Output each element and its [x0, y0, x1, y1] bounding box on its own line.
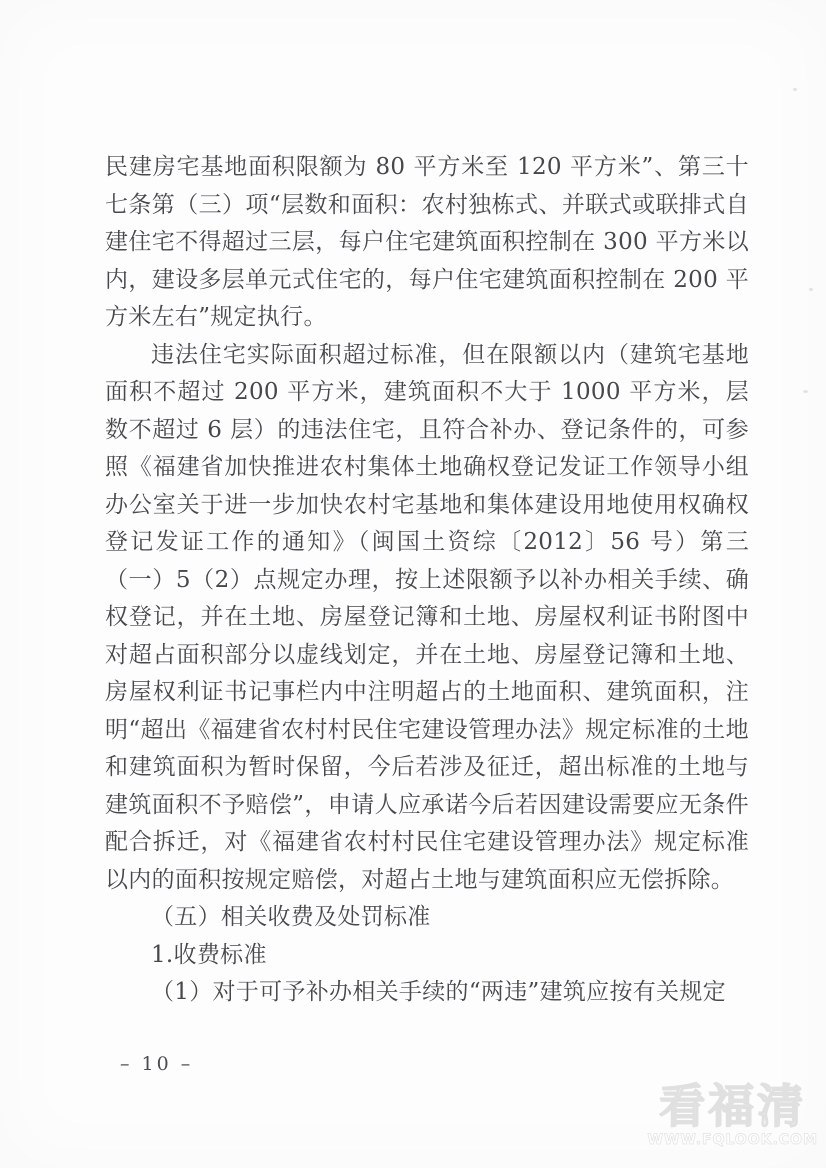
subsection-heading-fee-standard: 1.收费标准 — [105, 937, 749, 975]
body-paragraph: （1）对于可予补办相关手续的“两违”建筑应按有关规定 — [105, 974, 749, 1012]
scan-speck — [803, 390, 808, 393]
section-heading-fees-and-penalties: （五）相关收费及处罚标准 — [105, 899, 749, 937]
watermark-logo-text: 看福清 — [648, 1082, 818, 1130]
document-body: 民建房宅基地面积限额为 80 平方米至 120 平方米”、第三十七条第（三）项“… — [105, 149, 749, 1012]
body-paragraph: 民建房宅基地面积限额为 80 平方米至 120 平方米”、第三十七条第（三）项“… — [105, 149, 749, 337]
page-number: – 10 – — [120, 1053, 193, 1075]
scan-speck — [793, 88, 797, 91]
watermark: 看福清 WWW.FQLOOK.COM — [648, 1082, 818, 1148]
scan-speck — [809, 288, 813, 291]
scanned-document-page: 民建房宅基地面积限额为 80 平方米至 120 平方米”、第三十七条第（三）项“… — [0, 0, 826, 1168]
watermark-url-text: WWW.FQLOOK.COM — [648, 1132, 818, 1148]
body-paragraph: 违法住宅实际面积超过标准，但在限额以内（建筑宅基地面积不超过 200 平方米，建… — [105, 337, 749, 900]
